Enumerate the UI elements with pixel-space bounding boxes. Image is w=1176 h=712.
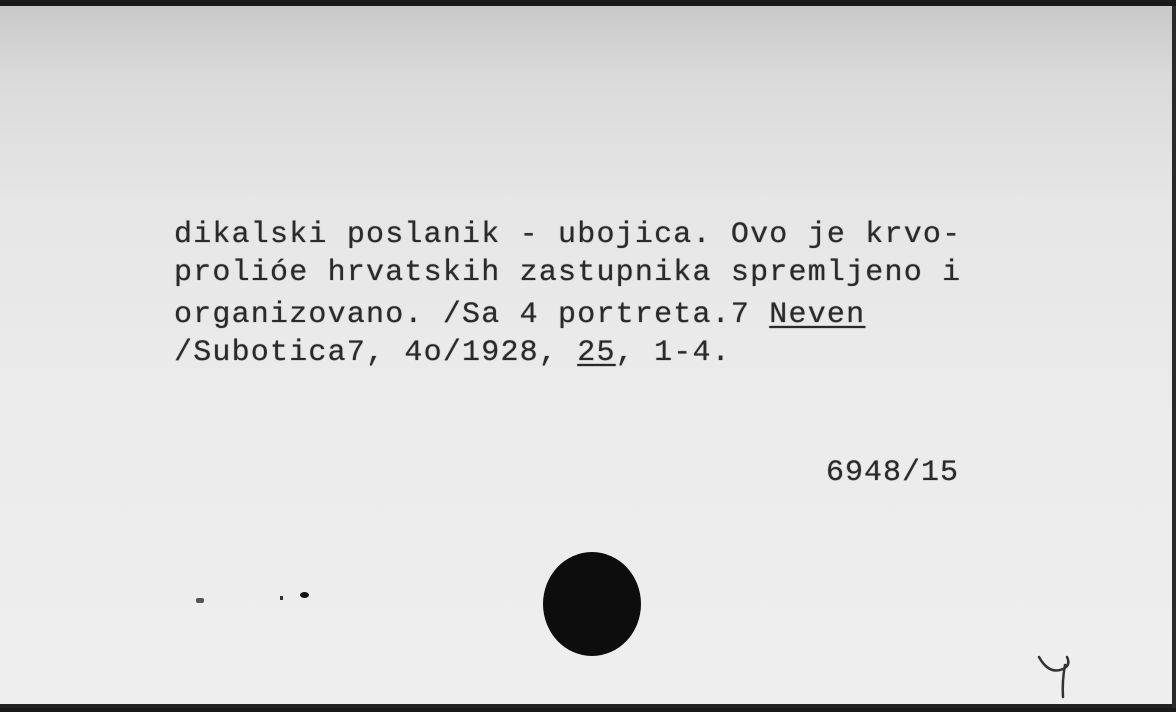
handwritten-mark <box>1035 651 1085 701</box>
punch-hole <box>543 552 641 656</box>
ink-speck <box>300 592 309 598</box>
pages-text: , 1-4. <box>616 336 731 370</box>
journal-title: Neven <box>769 298 865 332</box>
card-text-line-2: prolióe hrvatskih zastupnika spremljeno … <box>174 256 961 290</box>
line-4-text: /Subotica7, 4o/1928, <box>174 336 577 370</box>
card-text-line-3: organizovano. /Sa 4 portreta.7 Neven <box>174 298 865 332</box>
catalog-card: dikalski poslanik - ubojica. Ovo je krvo… <box>0 6 1176 708</box>
ink-speck <box>196 598 204 603</box>
line-3-text: organizovano. /Sa 4 portreta.7 <box>174 298 769 332</box>
ink-speck <box>280 596 283 600</box>
card-text-line-1: dikalski poslanik - ubojica. Ovo je krvo… <box>174 218 961 252</box>
call-number: 6948/15 <box>826 456 959 490</box>
card-text-line-4: /Subotica7, 4o/1928, 25, 1-4. <box>174 336 731 370</box>
volume-number: 25 <box>577 336 615 370</box>
